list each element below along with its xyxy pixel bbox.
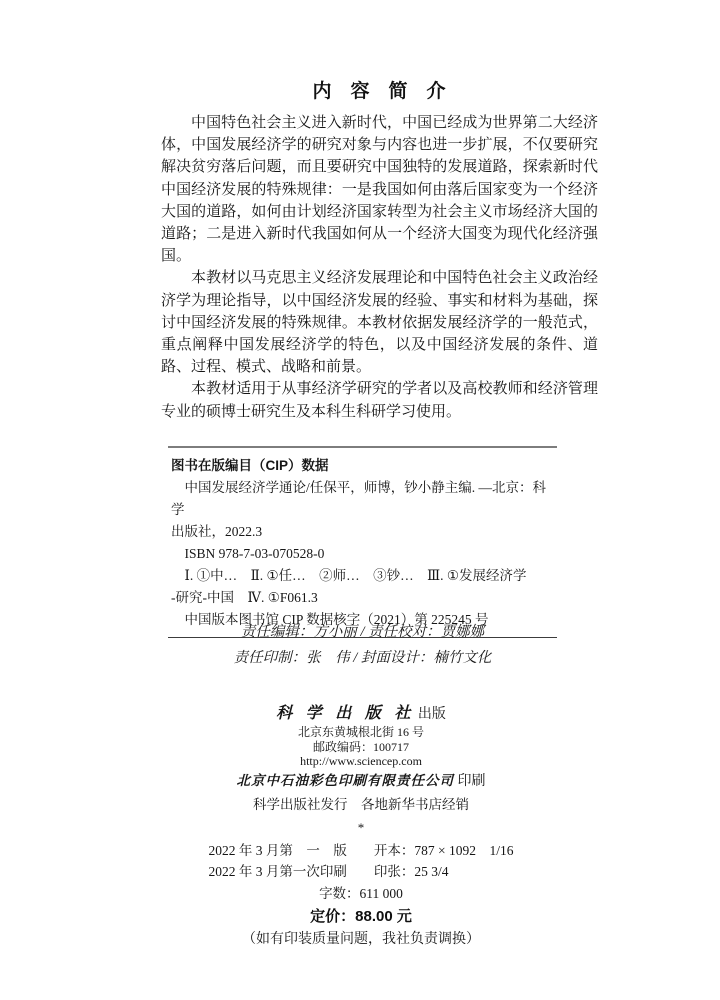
edition-line: 2022 年 3 月第 一 版 开本：787 × 1092 1/16 — [209, 840, 514, 862]
printing-line: 2022 年 3 月第一次印刷 印张：25 3/4 — [209, 861, 514, 883]
credits-printer-designer: 责任印制：张 伟 / 封面设计：楠竹文化 — [168, 645, 557, 671]
cip-title-line-continued: 出版社，2022.3 — [171, 521, 557, 543]
quality-notice: （如有印装质量问题，我社负责调换） — [160, 930, 562, 950]
postal-code: 邮政编码：100717 — [160, 740, 562, 755]
asterisk-separator: * — [160, 821, 562, 834]
cip-section: 图书在版编目（CIP）数据 中国发展经济学通论/任保平，师博，钞小静主编. —北… — [168, 446, 557, 638]
intro-paragraph-2: 本教材以马克思主义经济发展理论和中国特色社会主义政治经济学为理论指导，以中国经济… — [161, 267, 598, 378]
credits-editor-proofreader: 责任编辑：方小丽 / 责任校对：贾娜娜 — [168, 619, 557, 645]
cip-title-line: 中国发展经济学通论/任保平，师博，钞小静主编. —北京：科学 — [171, 477, 557, 521]
distribution-line: 科学出版社发行 各地新华书店经销 — [160, 795, 562, 814]
colophon-section: 科 学 出 版 社 出版 北京东黄城根北街 16 号 邮政编码：100717 h… — [160, 703, 562, 950]
copyright-page: 内 容 简 介 中国特色社会主义进入新时代，中国已经成为世界第二大经济体，中国发… — [0, 0, 720, 1000]
price-line: 定价：88.00 元 — [160, 906, 562, 928]
publisher-line: 科 学 出 版 社 出版 — [160, 703, 562, 725]
intro-section: 中国特色社会主义进入新时代，中国已经成为世界第二大经济体，中国发展经济学的研究对… — [161, 112, 598, 423]
staff-credits: 责任编辑：方小丽 / 责任校对：贾娜娜 责任印制：张 伟 / 封面设计：楠竹文化 — [168, 619, 557, 671]
cip-classification-line-continued: -研究-中国 Ⅳ. ①F061.3 — [171, 587, 557, 609]
cip-classification-line: Ⅰ. ①中… Ⅱ. ①任… ②师… ③钞… Ⅲ. ①发展经济学 — [171, 565, 557, 587]
publisher-address: 北京东黄城根北街 16 号 — [160, 725, 562, 740]
intro-paragraph-3: 本教材适用于从事经济学研究的学者以及高校教师和经济管理专业的硕博士研究生及本科生… — [161, 378, 598, 422]
printer-line: 北京中石油彩色印刷有限责任公司 印刷 — [160, 772, 562, 791]
printer-role-label: 印刷 — [454, 774, 486, 789]
publisher-website: http://www.sciencep.com — [160, 754, 562, 769]
page-title: 内 容 简 介 — [160, 76, 598, 103]
cip-data-block: 图书在版编目（CIP）数据 中国发展经济学通论/任保平，师博，钞小静主编. —北… — [168, 448, 557, 637]
cip-heading: 图书在版编目（CIP）数据 — [171, 455, 557, 477]
printer-name: 北京中石油彩色印刷有限责任公司 — [237, 773, 455, 789]
word-count-line: 字数：611 000 — [160, 883, 562, 905]
intro-paragraph-1: 中国特色社会主义进入新时代，中国已经成为世界第二大经济体，中国发展经济学的研究对… — [161, 112, 598, 267]
publisher-role-label: 出版 — [414, 707, 446, 722]
cip-isbn-line: ISBN 978-7-03-070528-0 — [171, 543, 557, 565]
imprint-block: 2022 年 3 月第 一 版 开本：787 × 1092 1/16 2022 … — [160, 840, 562, 883]
publisher-name: 科 学 出 版 社 — [276, 703, 414, 722]
